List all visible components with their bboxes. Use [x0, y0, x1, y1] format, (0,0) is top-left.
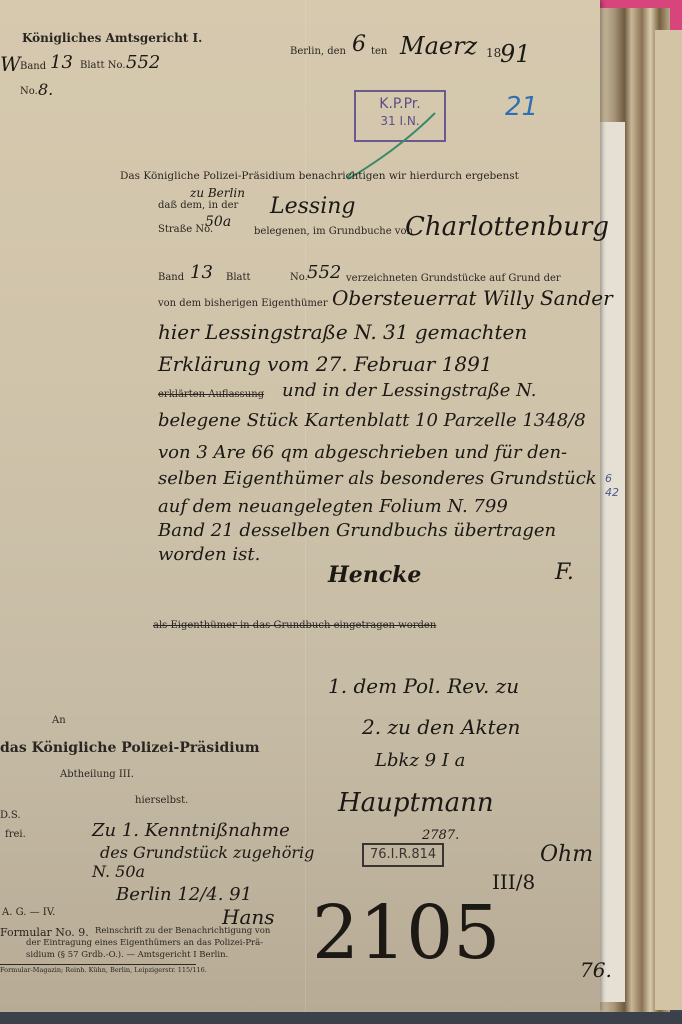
paper-tab: 6 42: [598, 122, 625, 1002]
strasse-number: 50a: [205, 214, 231, 230]
clerk-signature: Hencke: [328, 562, 421, 588]
no-value: 8.: [38, 80, 53, 99]
form-ag: A. G. — IV.: [2, 907, 55, 918]
dateline-place: Berlin, den: [290, 46, 346, 57]
von-dem-text: von dem bisherigen Eigenthümer: [158, 298, 328, 309]
body-no-value: 552: [307, 262, 341, 283]
margin-signature: Ohm: [540, 842, 593, 867]
form-description-3: sidium (§ 57 Grdb.-O.). — Amtsgericht I …: [26, 950, 228, 960]
address-frei: frei.: [5, 829, 26, 840]
printer-credit: Formular-Magazin; Reinh. Kühn, Berlin, L…: [0, 966, 207, 974]
annotation-line-3: Lbkz 9 I a: [375, 750, 465, 771]
street-name: Lessing: [270, 194, 356, 219]
struck-erklaerten: erklärten Auflassung: [158, 389, 264, 400]
handwritten-line-9: worden ist.: [158, 544, 260, 565]
page-number: 76.: [580, 958, 612, 982]
note-line-4: Berlin 12/4. 91: [116, 884, 252, 905]
band-label: Band: [20, 61, 46, 72]
intro-line: Das Königliche Polizei-Präsidium benachr…: [120, 170, 519, 182]
handwritten-line-6: selben Eigenthümer als besonderes Grunds…: [158, 468, 597, 489]
document-photo: 6 42 Königliches Amtsgericht I. W Band 1…: [0, 0, 682, 1024]
handwritten-line-8: Band 21 desselben Grundbuchs übertragen: [158, 520, 556, 541]
body-band-label: Band: [158, 272, 184, 283]
dass-line: daß dem, in der: [158, 200, 238, 211]
court-name: Königliches Amtsgericht I.: [22, 31, 202, 45]
owner-name: Obersteuerrat Willy Sander: [332, 286, 613, 310]
no-label: No.: [20, 86, 38, 97]
blatt-label: Blatt No.: [80, 60, 126, 71]
address-hierselbst: hierselbst.: [135, 795, 188, 806]
form-description-2: der Eintragung eines Eigenthümers an das…: [26, 938, 263, 948]
note-line-1: Zu 1. Kenntnißnahme: [92, 820, 290, 841]
handwritten-line-1: hier Lessingstraße N. 31 gemachten: [158, 320, 527, 344]
note-line-2: des Grundstück zugehörig: [100, 843, 314, 862]
handwritten-line-3: und in der Lessingstraße N.: [282, 380, 536, 401]
number-2787: 2787.: [422, 828, 459, 843]
insert-berlin: zu Berlin: [190, 186, 245, 200]
dateline-day-suffix: ten: [371, 46, 387, 57]
belegenen-text: belegenen, im Grundbuche von: [254, 226, 413, 237]
verzeichneten-text: verzeichneten Grundstücke auf Grund der: [346, 273, 561, 284]
address-an: An: [52, 715, 66, 726]
grundbuch-place: Charlottenburg: [405, 212, 609, 242]
address-abteilung: Abtheilung III.: [60, 769, 134, 780]
band-value: 13: [50, 52, 73, 73]
blatt-value: 552: [126, 52, 160, 73]
body-blatt-label: Blatt: [226, 272, 251, 283]
form-description-1: Reinschrift zu der Benachrichtigung von: [95, 926, 270, 936]
annotation-line-2: 2. zu den Akten: [362, 715, 520, 739]
address-ds: D.S.: [0, 810, 21, 821]
body-band-value: 13: [190, 262, 213, 283]
register-stamp: 76.I.R.814: [362, 843, 444, 867]
footer-rule: [0, 964, 196, 965]
handwritten-line-5: von 3 Are 66 qm abgeschrieben und für de…: [158, 442, 567, 463]
large-file-number: 2105: [312, 890, 500, 976]
body-no-label: No.: [290, 272, 308, 283]
address-recipient: das Königliche Polizei-Präsidium: [0, 740, 260, 756]
annotation-line-1: 1. dem Pol. Rev. zu: [328, 674, 519, 698]
blue-folio-number: 21: [505, 92, 538, 122]
table-surface: [0, 1012, 682, 1024]
form-sheet: Königliches Amtsgericht I. W Band 13 Bla…: [0, 0, 600, 1012]
handwritten-line-7: auf dem neuangelegten Folium N. 799: [158, 496, 508, 517]
struck-footer-line: als Eigenthümer in das Grundbuch eingetr…: [153, 620, 436, 631]
underlying-page: [655, 30, 682, 1010]
dateline-year-prefix: 18: [486, 46, 501, 60]
margin-pencil-note: 6 42: [605, 472, 619, 500]
annotation-signature: Hauptmann: [338, 788, 494, 818]
handwritten-line-4: belegene Stück Kartenblatt 10 Parzelle 1…: [158, 410, 586, 431]
initial-mark: F.: [555, 560, 574, 585]
note-line-3: N. 50a: [92, 862, 145, 881]
dateline-year-suffix: 91: [500, 40, 531, 68]
dateline-month: Maerz: [400, 32, 477, 60]
dateline-day: 6: [352, 32, 366, 57]
margin-mark: W: [0, 52, 21, 76]
handwritten-line-2: Erklärung vom 27. Februar 1891: [158, 352, 493, 376]
